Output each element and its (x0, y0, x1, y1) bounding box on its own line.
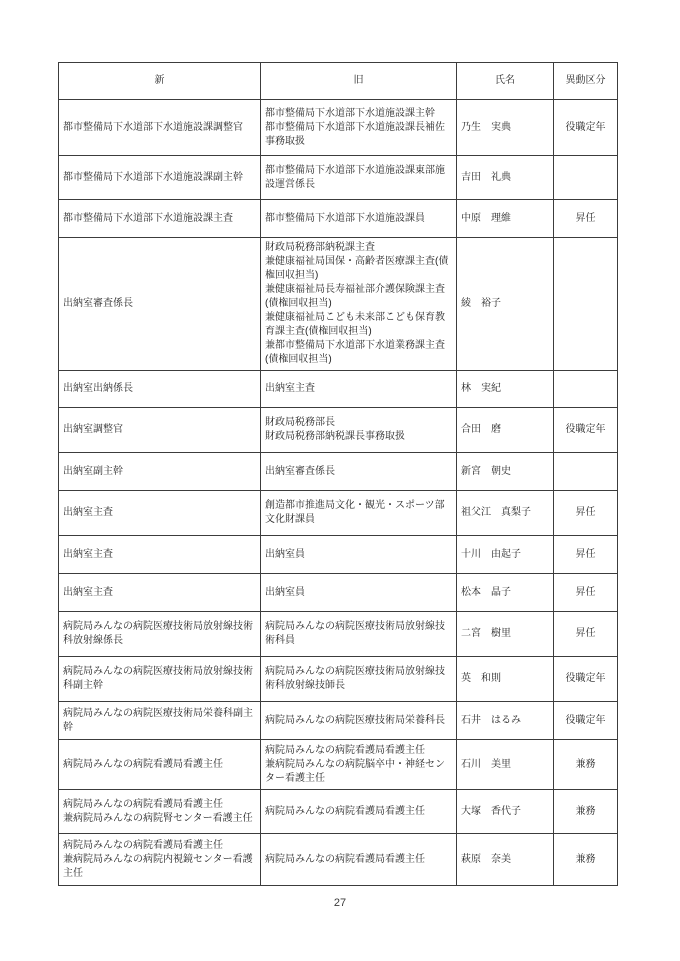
cell-name: 大塚 香代子 (457, 790, 554, 834)
cell-new: 病院局みんなの病院医療技術局栄養科副主幹 (59, 702, 261, 740)
cell-category: 役職定年 (554, 408, 618, 453)
cell-old: 病院局みんなの病院看護局看護主任 (261, 834, 457, 886)
cell-old: 出納室員 (261, 536, 457, 574)
cell-name: 二宮 樹里 (457, 612, 554, 657)
table-row: 都市整備局下水道部下水道施設課主査都市整備局下水道部下水道施設課員中原 理維昇任 (59, 200, 618, 238)
cell-old: 出納室審査係長 (261, 453, 457, 491)
table-row: 病院局みんなの病院医療技術局放射線技術科放射線係長病院局みんなの病院医療技術局放… (59, 612, 618, 657)
cell-name: 中原 理維 (457, 200, 554, 238)
cell-category: 兼務 (554, 834, 618, 886)
header-name: 氏名 (457, 63, 554, 100)
cell-category: 昇任 (554, 536, 618, 574)
cell-category (554, 453, 618, 491)
header-old: 旧 (261, 63, 457, 100)
table-row: 都市整備局下水道部下水道施設課調整官都市整備局下水道部下水道施設課主幹 都市整備… (59, 100, 618, 156)
cell-old: 病院局みんなの病院看護局看護主任 (261, 790, 457, 834)
cell-new: 病院局みんなの病院看護局看護主任 兼病院局みんなの病院内視鏡センター看護主任 (59, 834, 261, 886)
table-row: 出納室主査出納室員松本 晶子昇任 (59, 574, 618, 612)
cell-old: 病院局みんなの病院医療技術局栄養科長 (261, 702, 457, 740)
cell-category: 昇任 (554, 574, 618, 612)
table-row: 出納室審査係長財政局税務部納税課主査 兼健康福祉局国保・高齢者医療課主査(債権回… (59, 238, 618, 371)
cell-old: 財政局税務部長 財政局税務部納税課長事務取扱 (261, 408, 457, 453)
cell-new: 都市整備局下水道部下水道施設課調整官 (59, 100, 261, 156)
cell-old: 病院局みんなの病院看護局看護主任 兼病院局みんなの病院脳卒中・神経センター看護主… (261, 740, 457, 790)
table-row: 出納室主査出納室員十川 由起子昇任 (59, 536, 618, 574)
table-row: 出納室調整官財政局税務部長 財政局税務部納税課長事務取扱合田 磨役職定年 (59, 408, 618, 453)
cell-name: 祖父江 真梨子 (457, 491, 554, 536)
cell-old: 都市整備局下水道部下水道施設課員 (261, 200, 457, 238)
cell-new: 都市整備局下水道部下水道施設課主査 (59, 200, 261, 238)
cell-name: 新宮 朝史 (457, 453, 554, 491)
cell-old: 都市整備局下水道部下水道施設課東部施設運営係長 (261, 156, 457, 200)
header-category: 異動区分 (554, 63, 618, 100)
cell-new: 出納室副主幹 (59, 453, 261, 491)
cell-category: 昇任 (554, 491, 618, 536)
cell-category: 兼務 (554, 790, 618, 834)
cell-new: 病院局みんなの病院医療技術局放射線技術科副主幹 (59, 657, 261, 702)
cell-name: 石井 はるみ (457, 702, 554, 740)
cell-new: 出納室調整官 (59, 408, 261, 453)
cell-category: 兼務 (554, 740, 618, 790)
cell-old: 病院局みんなの病院医療技術局放射線技術科員 (261, 612, 457, 657)
table-row: 病院局みんなの病院看護局看護主任 兼病院局みんなの病院内視鏡センター看護主任病院… (59, 834, 618, 886)
cell-new: 出納室審査係長 (59, 238, 261, 371)
personnel-change-table: 新 旧 氏名 異動区分 都市整備局下水道部下水道施設課調整官都市整備局下水道部下… (58, 62, 618, 886)
cell-category: 役職定年 (554, 100, 618, 156)
cell-name: 林 実紀 (457, 371, 554, 408)
cell-name: 乃生 実典 (457, 100, 554, 156)
cell-category (554, 238, 618, 371)
cell-name: 石川 美里 (457, 740, 554, 790)
cell-name: 十川 由起子 (457, 536, 554, 574)
cell-old: 出納室主査 (261, 371, 457, 408)
cell-category (554, 156, 618, 200)
table-row: 病院局みんなの病院医療技術局栄養科副主幹病院局みんなの病院医療技術局栄養科長石井… (59, 702, 618, 740)
cell-name: 松本 晶子 (457, 574, 554, 612)
cell-name: 合田 磨 (457, 408, 554, 453)
cell-name: 吉田 礼典 (457, 156, 554, 200)
table-row: 出納室出納係長出納室主査林 実紀 (59, 371, 618, 408)
cell-old: 財政局税務部納税課主査 兼健康福祉局国保・高齢者医療課主査(債権回収担当) 兼健… (261, 238, 457, 371)
cell-old: 出納室員 (261, 574, 457, 612)
cell-new: 出納室主査 (59, 574, 261, 612)
header-row: 新 旧 氏名 異動区分 (59, 63, 618, 100)
cell-new: 都市整備局下水道部下水道施設課副主幹 (59, 156, 261, 200)
cell-name: 綾 裕子 (457, 238, 554, 371)
cell-category: 昇任 (554, 612, 618, 657)
cell-new: 病院局みんなの病院看護局看護主任 (59, 740, 261, 790)
cell-old: 都市整備局下水道部下水道施設課主幹 都市整備局下水道部下水道施設課長補佐事務取扱 (261, 100, 457, 156)
cell-category: 昇任 (554, 200, 618, 238)
table-row: 出納室副主幹出納室審査係長新宮 朝史 (59, 453, 618, 491)
cell-old: 病院局みんなの病院医療技術局放射線技術科放射線技師長 (261, 657, 457, 702)
cell-name: 英 和則 (457, 657, 554, 702)
table-row: 出納室主査創造都市推進局文化・観光・スポーツ部文化財課員祖父江 真梨子昇任 (59, 491, 618, 536)
table-row: 病院局みんなの病院看護局看護主任病院局みんなの病院看護局看護主任 兼病院局みんな… (59, 740, 618, 790)
cell-new: 出納室出納係長 (59, 371, 261, 408)
cell-new: 出納室主査 (59, 536, 261, 574)
cell-old: 創造都市推進局文化・観光・スポーツ部文化財課員 (261, 491, 457, 536)
cell-new: 病院局みんなの病院医療技術局放射線技術科放射線係長 (59, 612, 261, 657)
header-new: 新 (59, 63, 261, 100)
cell-category (554, 371, 618, 408)
table-row: 病院局みんなの病院看護局看護主任 兼病院局みんなの病院腎センター看護主任病院局み… (59, 790, 618, 834)
cell-new: 病院局みんなの病院看護局看護主任 兼病院局みんなの病院腎センター看護主任 (59, 790, 261, 834)
table-body: 都市整備局下水道部下水道施設課調整官都市整備局下水道部下水道施設課主幹 都市整備… (59, 100, 618, 886)
cell-category: 役職定年 (554, 657, 618, 702)
document-page: 新 旧 氏名 異動区分 都市整備局下水道部下水道施設課調整官都市整備局下水道部下… (0, 0, 680, 961)
cell-name: 萩原 奈美 (457, 834, 554, 886)
table-row: 病院局みんなの病院医療技術局放射線技術科副主幹病院局みんなの病院医療技術局放射線… (59, 657, 618, 702)
page-number: 27 (0, 897, 680, 909)
cell-new: 出納室主査 (59, 491, 261, 536)
cell-category: 役職定年 (554, 702, 618, 740)
table-row: 都市整備局下水道部下水道施設課副主幹都市整備局下水道部下水道施設課東部施設運営係… (59, 156, 618, 200)
